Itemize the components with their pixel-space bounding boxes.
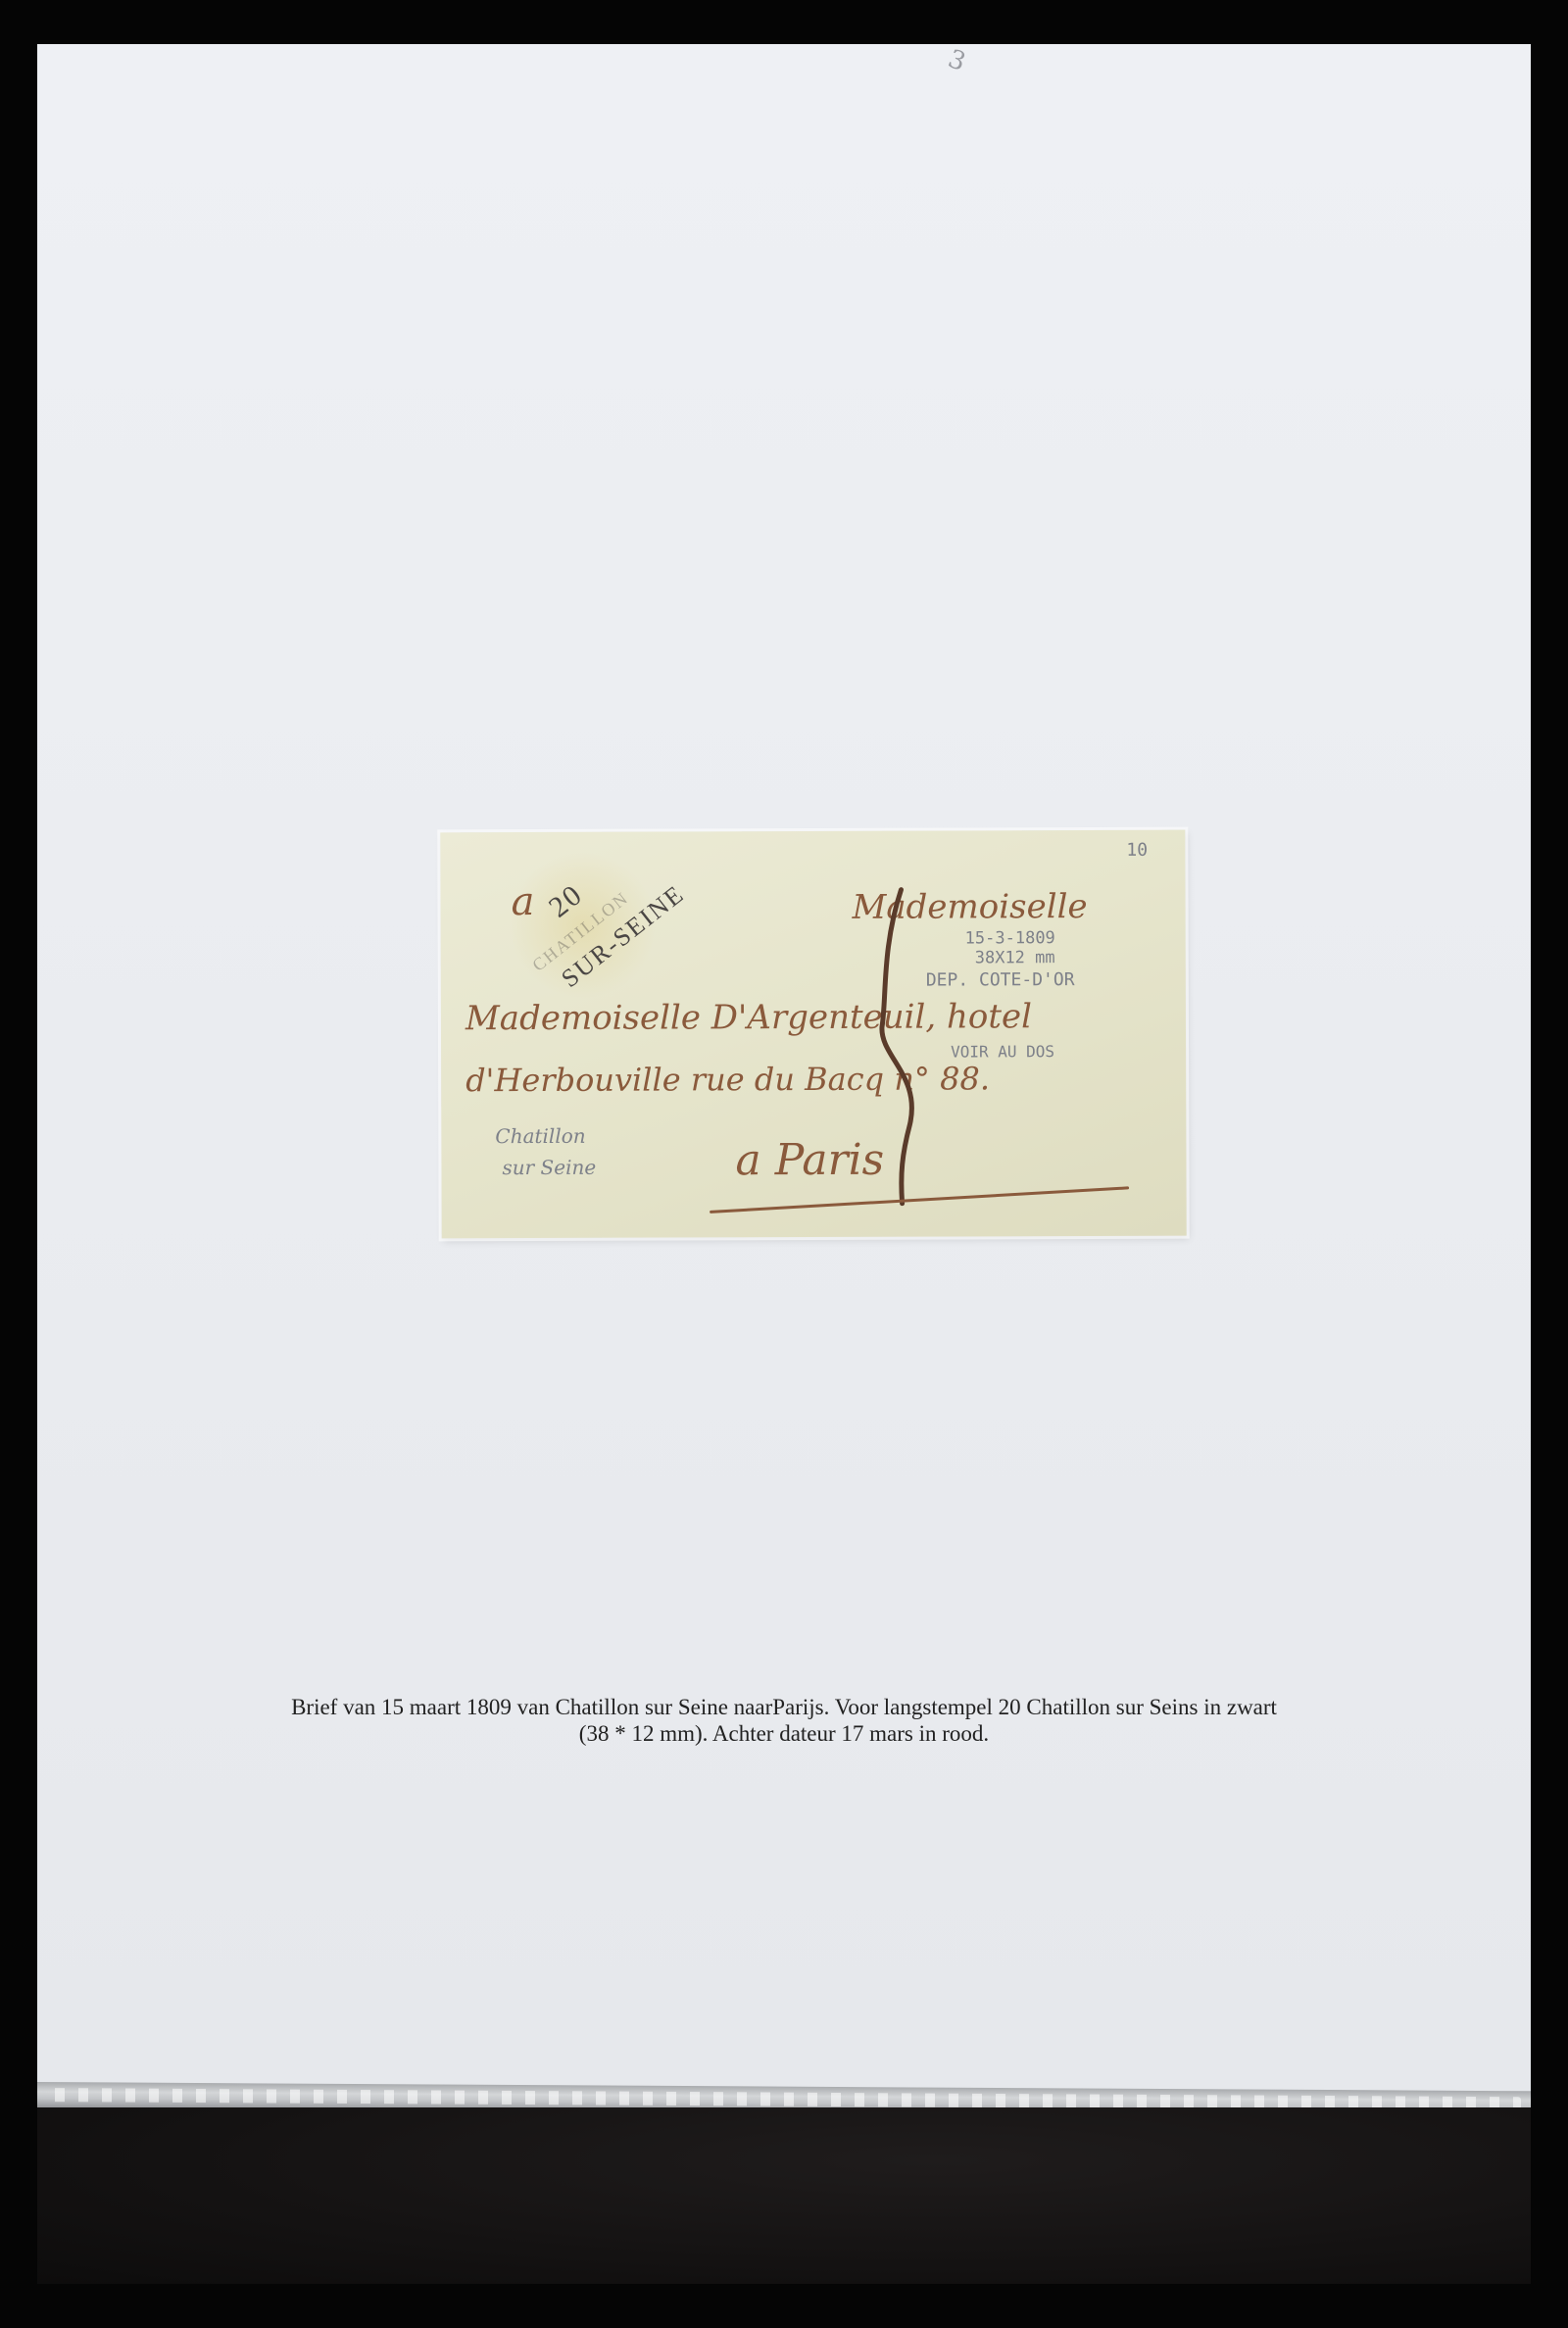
rate-mark-stroke <box>440 830 1186 1239</box>
caption: Brief van 15 maart 1809 van Chatillon su… <box>147 1694 1421 1747</box>
caption-line2: (38 * 12 mm). Achter dateur 17 mars in r… <box>147 1720 1421 1747</box>
letter-cover: 20 CHATILLON SUR-SEINE a 10 Mademoiselle… <box>440 830 1186 1239</box>
pencil-page-number: 3 <box>944 44 969 77</box>
caption-line1: Brief van 15 maart 1809 van Chatillon su… <box>147 1694 1421 1720</box>
background-cloth <box>37 2107 1531 2284</box>
